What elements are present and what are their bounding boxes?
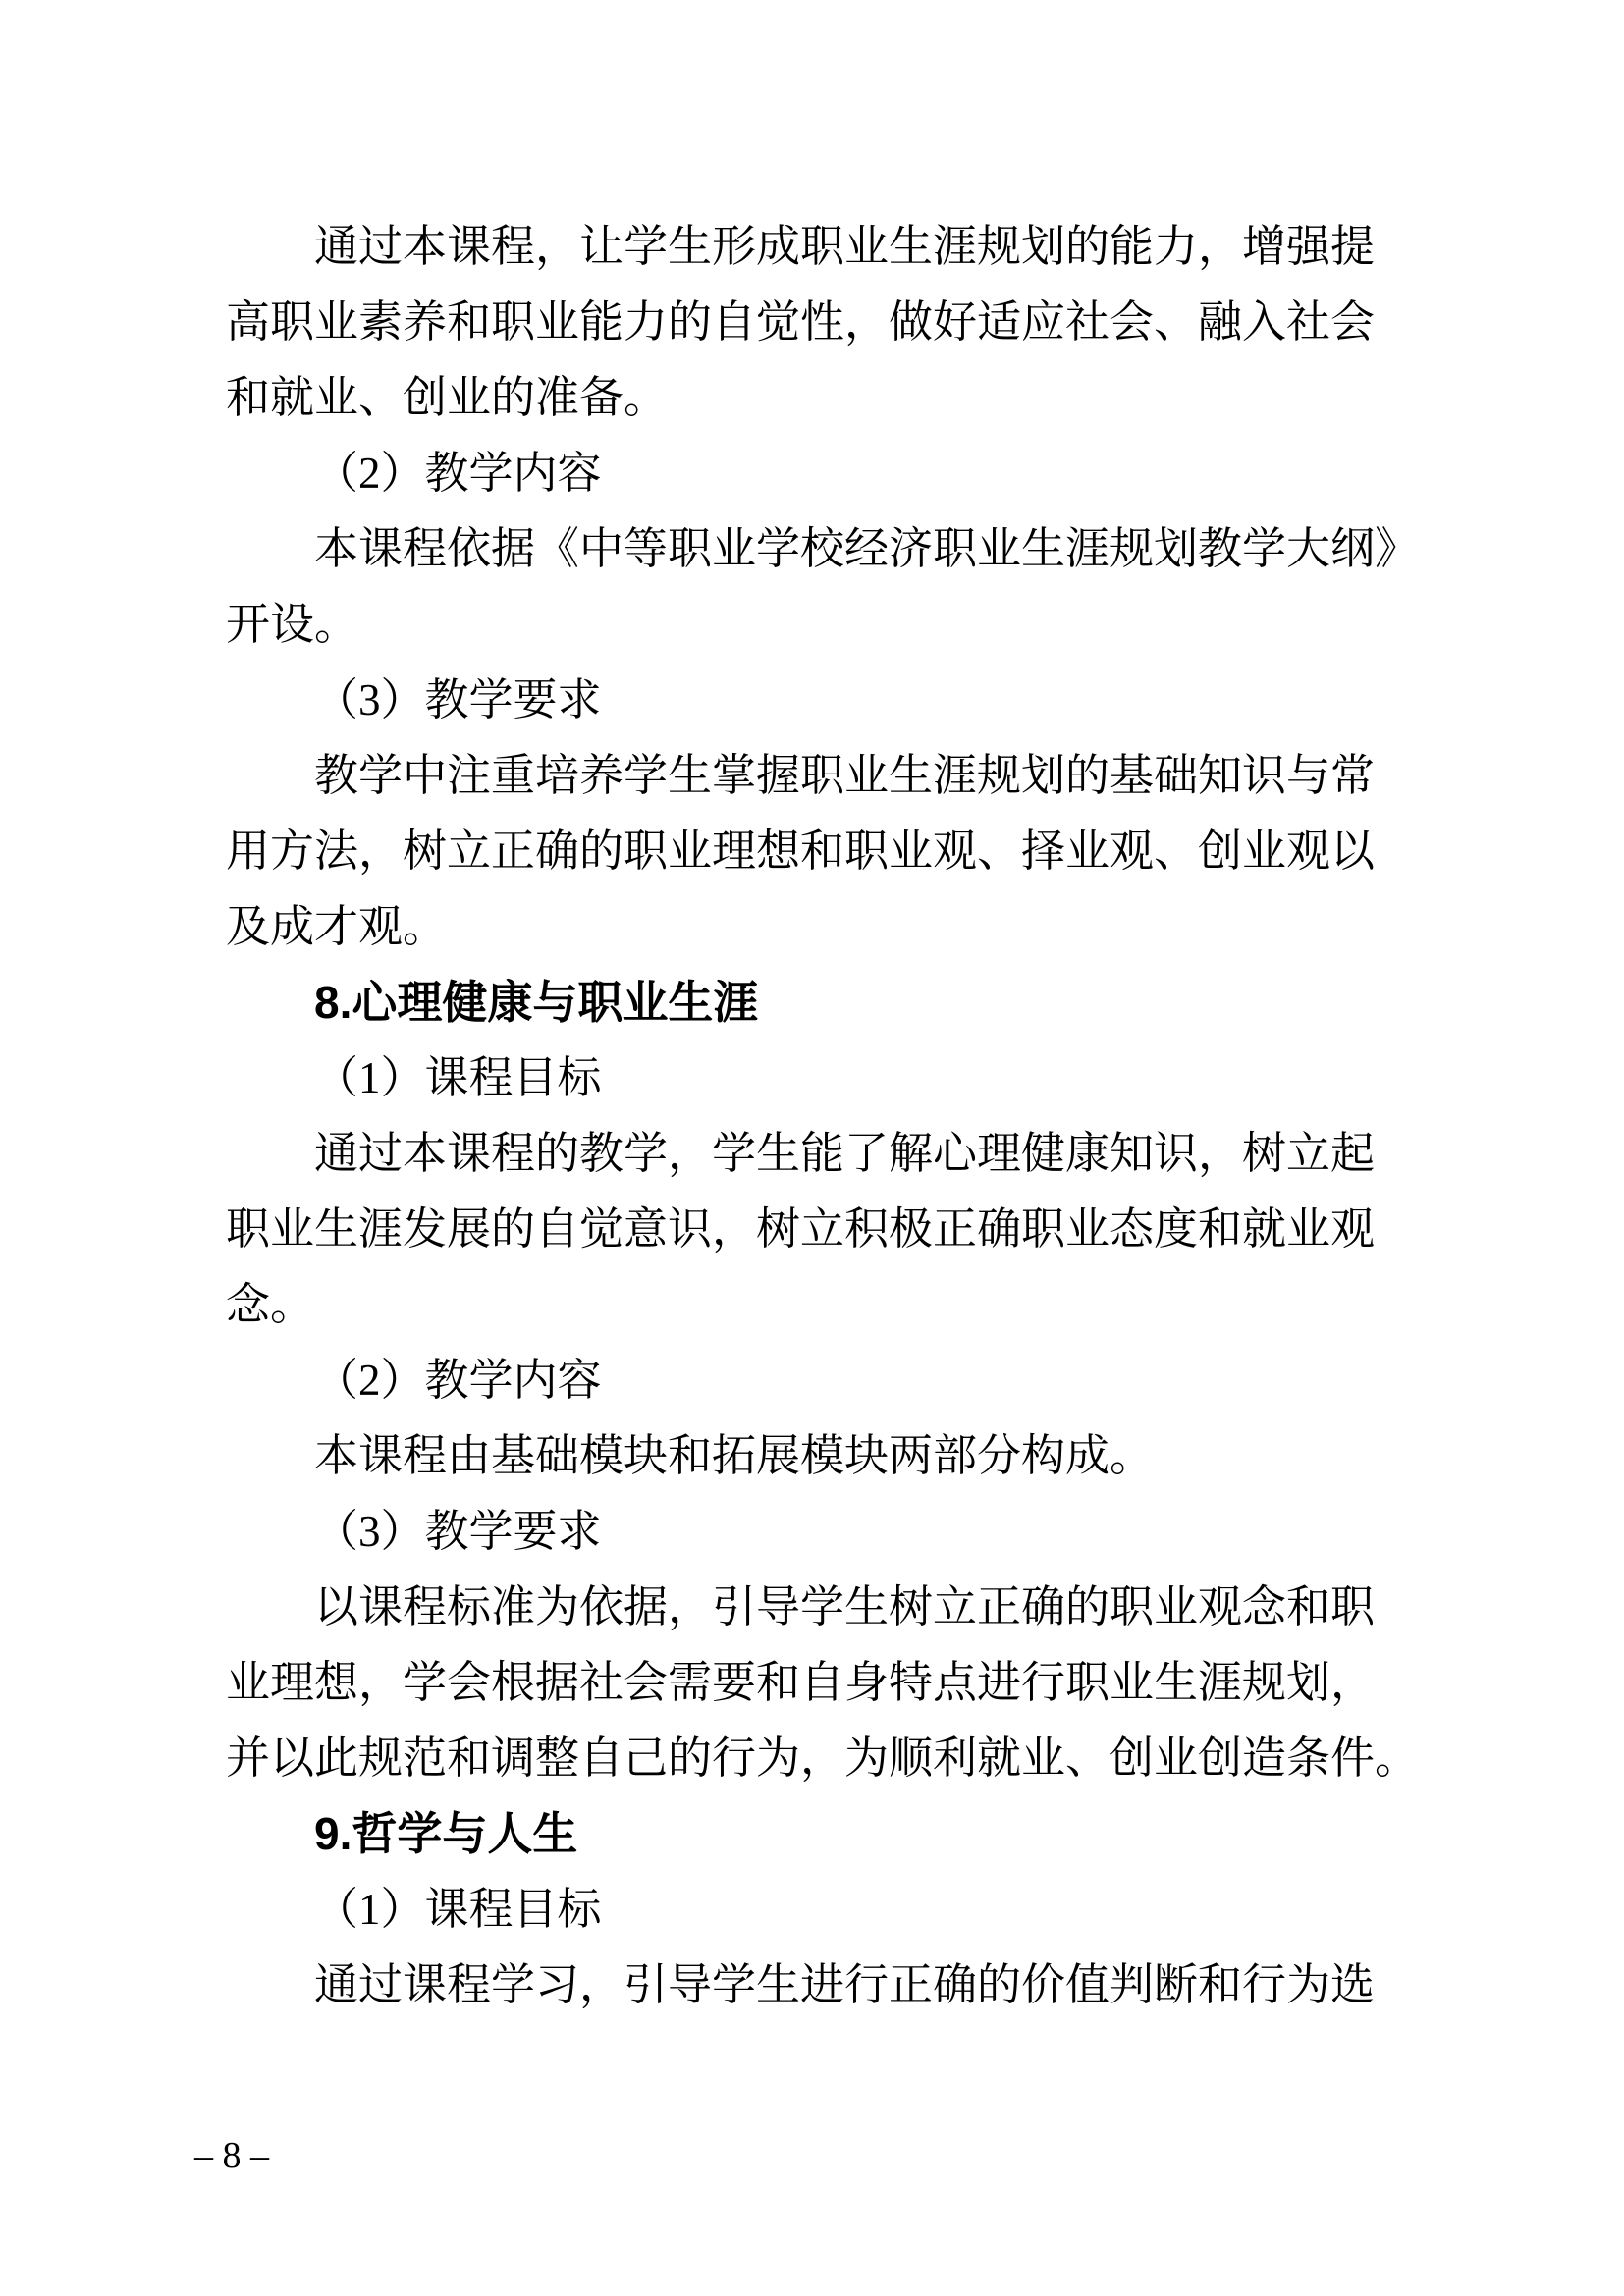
text-line-9: 用方法，树立正确的职业理想和职业观、择业观、创业观以 <box>226 814 1375 889</box>
text-line-18: （3）教学要求 <box>226 1494 1375 1570</box>
text-line-8: 教学中注重培养学生掌握职业生涯规划的基础知识与常 <box>226 738 1375 814</box>
text-line-3: 和就业、创业的准备。 <box>226 360 1375 436</box>
text-line-10: 及成才观。 <box>226 889 1375 965</box>
text-line-4: （2）教学内容 <box>226 436 1375 511</box>
text-line-21: 并以此规范和调整自己的行为，为顺利就业、创业创造条件。 <box>226 1721 1375 1796</box>
text-line-13: 通过本课程的教学，学生能了解心理健康知识，树立起 <box>226 1116 1375 1192</box>
text-line-16: （2）教学内容 <box>226 1343 1375 1418</box>
text-line-14: 职业生涯发展的自觉意识，树立积极正确职业态度和就业观 <box>226 1192 1375 1267</box>
document-page: 通过本课程，让学生形成职业生涯规划的能力，增强提 高职业素养和职业能力的自觉性，… <box>0 0 1624 2296</box>
section-heading-8: 8.心理健康与职业生涯 <box>226 965 1375 1041</box>
text-line-24: 通过课程学习，引导学生进行正确的价值判断和行为选 <box>226 1948 1375 2023</box>
text-line-1: 通过本课程，让学生形成职业生涯规划的能力，增强提 <box>226 209 1375 285</box>
text-block: 通过本课程，让学生形成职业生涯规划的能力，增强提 高职业素养和职业能力的自觉性，… <box>226 209 1375 2023</box>
text-line-20: 业理想，学会根据社会需要和自身特点进行职业生涯规划， <box>226 1645 1375 1721</box>
text-line-17: 本课程由基础模块和拓展模块两部分构成。 <box>226 1418 1375 1494</box>
text-line-5: 本课程依据《中等职业学校经济职业生涯规划教学大纲》 <box>226 511 1375 587</box>
text-line-7: （3）教学要求 <box>226 663 1375 738</box>
text-line-2: 高职业素养和职业能力的自觉性，做好适应社会、融入社会 <box>226 285 1375 360</box>
section-heading-9: 9.哲学与人生 <box>226 1796 1375 1872</box>
text-line-15: 念。 <box>226 1267 1375 1343</box>
text-line-12: （1）课程目标 <box>226 1041 1375 1116</box>
text-line-6: 开设。 <box>226 587 1375 663</box>
text-line-19: 以课程标准为依据，引导学生树立正确的职业观念和职 <box>226 1570 1375 1645</box>
page-number: – 8 – <box>194 2128 269 2183</box>
text-line-23: （1）课程目标 <box>226 1872 1375 1948</box>
